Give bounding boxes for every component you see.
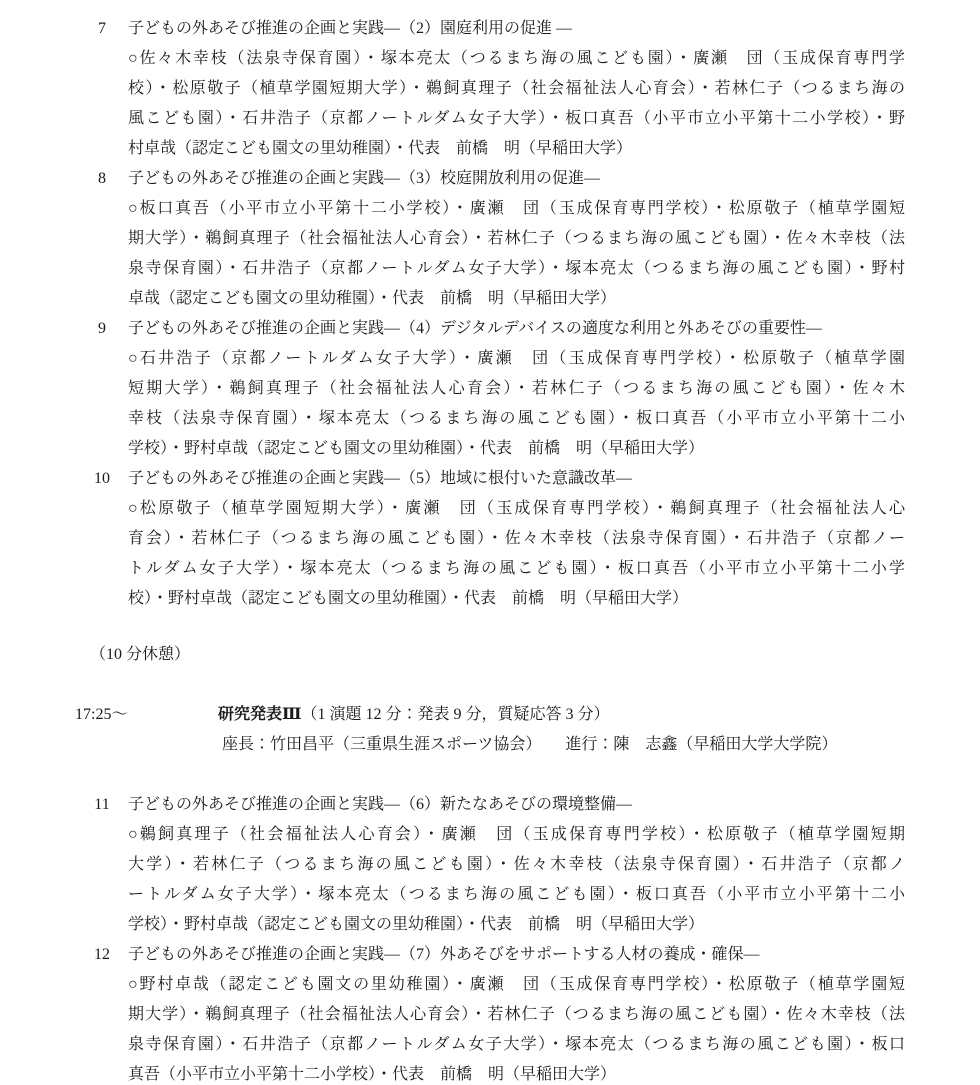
presentation-number: 9 [88, 314, 116, 344]
presentation-title: 子どもの外あそび推進の企画と実践―（6）新たなあそびの環境整備― [128, 790, 905, 820]
presentation-title: 子どもの外あそび推進の企画と実践―（2）園庭利用の促進 ― [128, 14, 905, 44]
presentation-entry-10: 10 子どもの外あそび推進の企画と実践―（5）地域に根付いた意識改革― ○松原敬… [75, 464, 905, 614]
presentation-title: 子どもの外あそび推進の企画と実践―（4）デジタルデバイスの適度な利用と外あそびの… [128, 314, 905, 344]
presentation-number: 11 [88, 790, 116, 820]
presentation-number: 8 [88, 164, 116, 194]
conference-program-page: 7 子どもの外あそび推進の企画と実践―（2）園庭利用の促進 ― ○佐々木幸枝（法… [0, 0, 980, 1085]
presenter-line: ○松原敬子（植草学園短期大学）・廣瀬 団（玉成保育専門学校）・鵜飼真理子（社会福… [128, 494, 905, 524]
presenter-line: 卓哉（認定こども園文の里幼稚園）・代表 前橋 明（早稲田大学） [128, 284, 905, 314]
presentation-heading: 9 子どもの外あそび推進の企画と実践―（4）デジタルデバイスの適度な利用と外あそ… [75, 314, 905, 344]
presenter-line: 短期大学）・鵜飼真理子（社会福祉法人心育会）・若林仁子（つるまち海の風こども園）… [128, 374, 905, 404]
session-heading-row: 17:25～ 研究発表Ⅲ（1 演題 12 分：発表 9 分，質疑応答 3 分） [75, 700, 905, 730]
presenter-line: ○石井浩子（京都ノートルダム女子大学）・廣瀬 団（玉成保育専門学校）・松原敬子（… [128, 344, 905, 374]
presenter-line: 校）・野村卓哉（認定こども園文の里幼稚園）・代表 前橋 明（早稲田大学） [128, 584, 905, 614]
presentation-heading: 8 子どもの外あそび推進の企画と実践―（3）校庭開放利用の促進― [75, 164, 905, 194]
presentation-title: 子どもの外あそび推進の企画と実践―（7）外あそびをサポートする人材の養成・確保― [128, 940, 905, 970]
presentation-heading: 11 子どもの外あそび推進の企画と実践―（6）新たなあそびの環境整備― [75, 790, 905, 820]
presentation-entry-7: 7 子どもの外あそび推進の企画と実践―（2）園庭利用の促進 ― ○佐々木幸枝（法… [75, 14, 905, 164]
session-title: 研究発表Ⅲ（1 演題 12 分：発表 9 分，質疑応答 3 分） [218, 700, 905, 730]
presentation-heading: 7 子どもの外あそび推進の企画と実践―（2）園庭利用の促進 ― [75, 14, 905, 44]
presenter-line: トルダム女子大学）・塚本亮太（つるまち海の風こども園）・板口真吾（小平市立小平第… [128, 554, 905, 584]
presenter-line: 学校）・野村卓哉（認定こども園文の里幼稚園）・代表 前橋 明（早稲田大学） [128, 434, 905, 464]
presenter-line: 泉寺保育園）・石井浩子（京都ノートルダム女子大学）・塚本亮太（つるまち海の風こど… [128, 1030, 905, 1060]
session-start-time: 17:25～ [75, 700, 218, 730]
presenter-line: ○板口真吾（小平市立小平第十二小学校）・廣瀬 団（玉成保育専門学校）・松原敬子（… [128, 194, 905, 224]
presentation-number: 12 [88, 940, 116, 970]
presenter-line: 村卓哉（認定こども園文の里幼稚園）・代表 前橋 明（早稲田大学） [128, 134, 905, 164]
presentation-entry-9: 9 子どもの外あそび推進の企画と実践―（4）デジタルデバイスの適度な利用と外あそ… [75, 314, 905, 464]
session-title-bold: 研究発表Ⅲ [218, 706, 302, 723]
presentation-entry-11: 11 子どもの外あそび推進の企画と実践―（6）新たなあそびの環境整備― ○鵜飼真… [75, 790, 905, 940]
presenter-line: 風こども園）・石井浩子（京都ノートルダム女子大学）・板口真吾（小平市立小平第十二… [128, 104, 905, 134]
presentation-number: 10 [88, 464, 116, 494]
presenter-line: 真吾（小平市立小平第十二小学校）・代表 前橋 明（早稲田大学） [128, 1060, 905, 1085]
presenter-line: ○鵜飼真理子（社会福祉法人心育会）・廣瀬 団（玉成保育専門学校）・松原敬子（植草… [128, 820, 905, 850]
presentation-entry-12: 12 子どもの外あそび推進の企画と実践―（7）外あそびをサポートする人材の養成・… [75, 940, 905, 1085]
presenter-line: 育会）・若林仁子（つるまち海の風こども園）・佐々木幸枝（法泉寺保育園）・石井浩子… [128, 524, 905, 554]
presenter-line: 大学）・若林仁子（つるまち海の風こども園）・佐々木幸枝（法泉寺保育園）・石井浩子… [128, 850, 905, 880]
presenter-line: 泉寺保育園）・石井浩子（京都ノートルダム女子大学）・塚本亮太（つるまち海の風こど… [128, 254, 905, 284]
presenter-line: 期大学）・鵜飼真理子（社会福祉法人心育会）・若林仁子（つるまち海の風こども園）・… [128, 1000, 905, 1030]
presentation-heading: 10 子どもの外あそび推進の企画と実践―（5）地域に根付いた意識改革― [75, 464, 905, 494]
presenter-line: ートルダム女子大学）・塚本亮太（つるまち海の風こども園）・板口真吾（小平市立小平… [128, 880, 905, 910]
session-title-rest: （1 演題 12 分：発表 9 分，質疑応答 3 分） [302, 706, 610, 723]
session-header: 17:25～ 研究発表Ⅲ（1 演題 12 分：発表 9 分，質疑応答 3 分） … [75, 700, 905, 760]
presenter-line: 学校）・野村卓哉（認定こども園文の里幼稚園）・代表 前橋 明（早稲田大学） [128, 910, 905, 940]
presenter-line: 期大学）・鵜飼真理子（社会福祉法人心育会）・若林仁子（つるまち海の風こども園）・… [128, 224, 905, 254]
presenter-line: ○野村卓哉（認定こども園文の里幼稚園）・廣瀬 団（玉成保育専門学校）・松原敬子（… [128, 970, 905, 1000]
session-staff-line: 座長：竹田昌平（三重県生涯スポーツ協会） 進行：陳 志鑫（早稲田大学大学院） [222, 730, 905, 760]
break-note: （10 分休憩） [90, 640, 905, 670]
presenter-line: 校）・松原敬子（植草学園短期大学）・鵜飼真理子（社会福祉法人心育会）・若林仁子（… [128, 74, 905, 104]
presenter-line: ○佐々木幸枝（法泉寺保育園）・塚本亮太（つるまち海の風こども園）・廣瀬 団（玉成… [128, 44, 905, 74]
presenter-line: 幸枝（法泉寺保育園）・塚本亮太（つるまち海の風こども園）・板口真吾（小平市立小平… [128, 404, 905, 434]
presentation-number: 7 [88, 14, 116, 44]
presentation-entry-8: 8 子どもの外あそび推進の企画と実践―（3）校庭開放利用の促進― ○板口真吾（小… [75, 164, 905, 314]
presentation-heading: 12 子どもの外あそび推進の企画と実践―（7）外あそびをサポートする人材の養成・… [75, 940, 905, 970]
presentation-title: 子どもの外あそび推進の企画と実践―（3）校庭開放利用の促進― [128, 164, 905, 194]
presentation-title: 子どもの外あそび推進の企画と実践―（5）地域に根付いた意識改革― [128, 464, 905, 494]
